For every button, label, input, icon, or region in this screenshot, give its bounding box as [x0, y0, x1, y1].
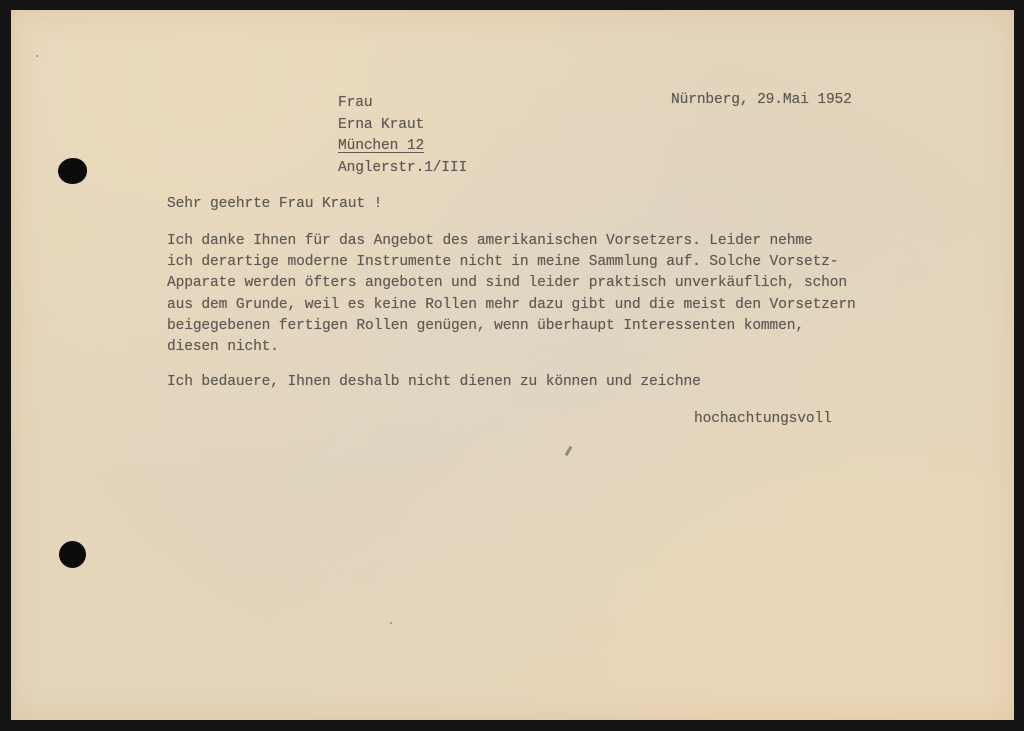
- punch-hole-top: [58, 158, 87, 184]
- body-line: diesen nicht.: [167, 339, 279, 355]
- letter-body: Ich danke Ihnen für das Angebot des amer…: [167, 231, 856, 358]
- recipient-address-block: Frau Erna Kraut München 12 Anglerstr.1/I…: [338, 93, 467, 179]
- closing-sentence: Ich bedauere, Ihnen deshalb nicht dienen…: [167, 372, 701, 394]
- body-line: aus dem Grunde, weil es keine Rollen meh…: [167, 297, 856, 313]
- punch-hole-bottom: [59, 541, 86, 568]
- paper-speck: [390, 622, 392, 624]
- scanned-document: Frau Erna Kraut München 12 Anglerstr.1/I…: [0, 0, 1024, 731]
- recipient-street: Anglerstr.1/III: [338, 160, 467, 176]
- ink-mark: [565, 446, 573, 456]
- paper-speck: [36, 55, 38, 57]
- body-line: beigegebenen fertigen Rollen genügen, we…: [167, 318, 804, 334]
- dateline: Nürnberg, 29.Mai 1952: [671, 90, 852, 112]
- recipient-title: Frau: [338, 95, 372, 111]
- body-line: Ich danke Ihnen für das Angebot des amer…: [167, 233, 813, 249]
- body-line: ich derartige moderne Instrumente nicht …: [167, 254, 838, 270]
- paper-sheet: Frau Erna Kraut München 12 Anglerstr.1/I…: [11, 10, 1014, 720]
- recipient-name: Erna Kraut: [338, 117, 424, 133]
- greeting: Sehr geehrte Frau Kraut !: [167, 194, 382, 216]
- signoff: hochachtungsvoll: [694, 409, 832, 431]
- recipient-city: München 12: [338, 138, 424, 154]
- body-line: Apparate werden öfters angeboten und sin…: [167, 275, 847, 291]
